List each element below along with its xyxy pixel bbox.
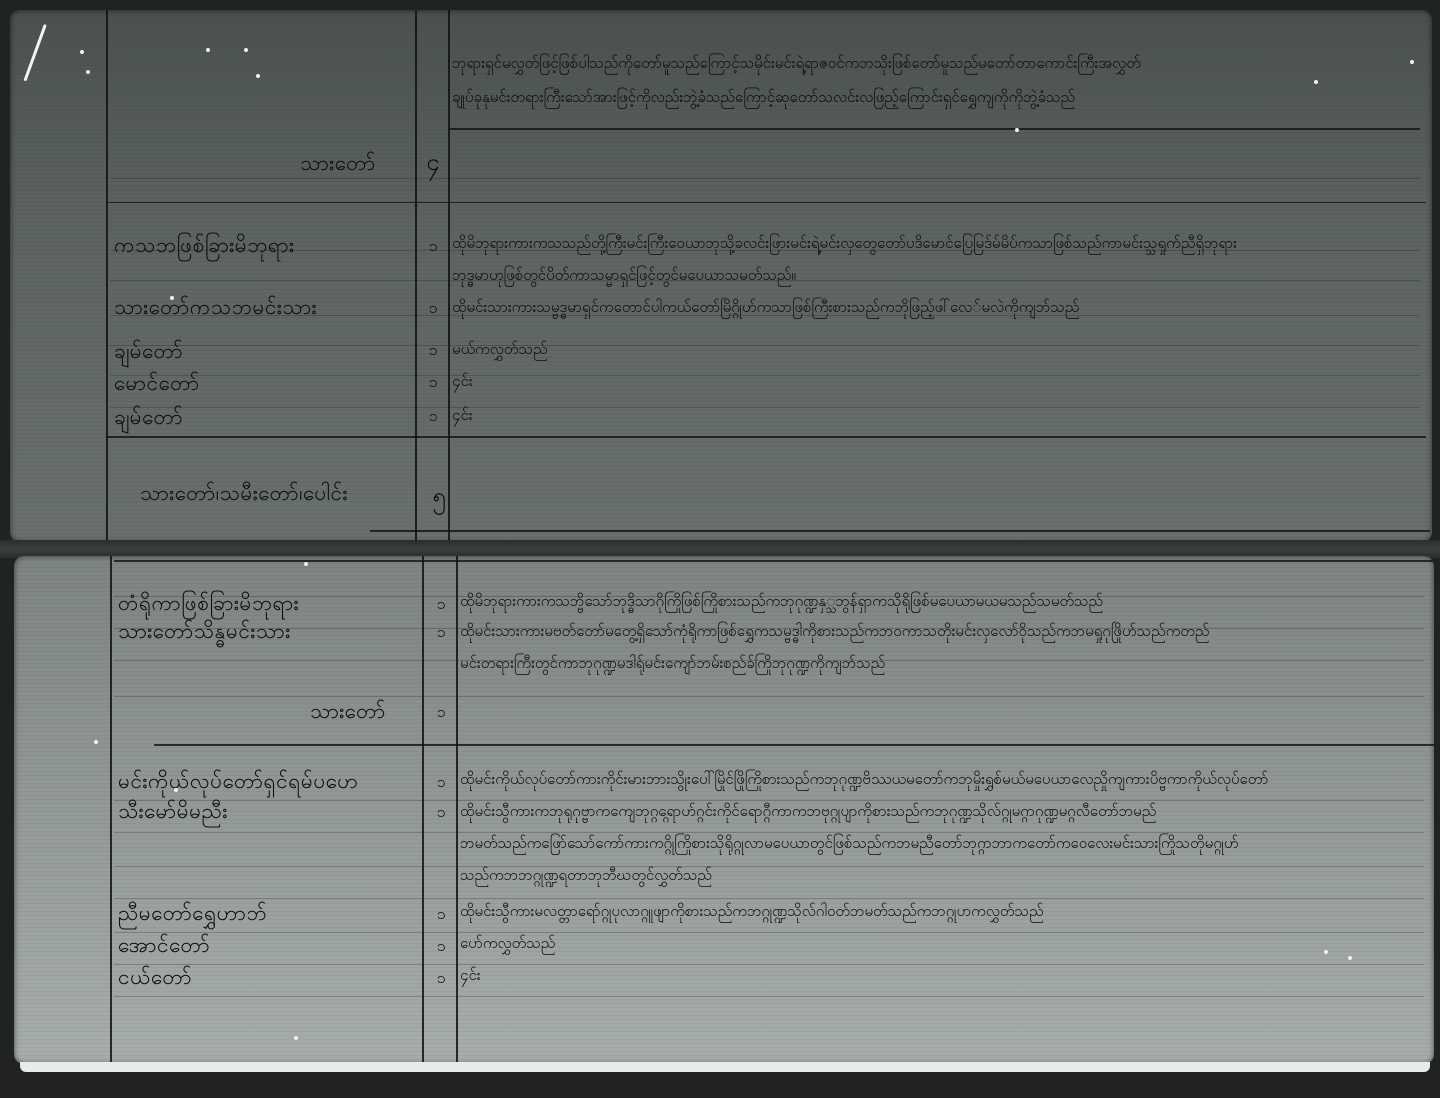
row-divider (370, 530, 1430, 532)
entry-label: ညီမတော်ရွှေဟာဘ် (118, 900, 267, 926)
entry-label: မောင်တော် (114, 370, 200, 396)
manuscript-leaf-bottom: တံရိုကာဖြစ်ခြားမိဘုရား ၁ ထိုမိဘုရားကားကသ… (14, 556, 1434, 1064)
entry-description: ထိုမင်းသွီကားမလတ္တာရော်ဂ္ဂုပုလာဂ္ဂူဖျာကိ… (460, 898, 1240, 924)
entry-count: ၁ (426, 772, 456, 792)
column-rule-count (415, 10, 417, 542)
entry-count: ၁ (418, 372, 448, 392)
section-count: ၄ (418, 152, 448, 172)
column-rule-count (422, 556, 424, 1064)
entry-description: မင်းတရားကြီးတွင်ကာဘုဂုဏ္ဍမဒါရ်ုမင်းကျော်… (460, 650, 1080, 676)
entry-description: ၄င်း (452, 368, 552, 394)
column-rule-left (106, 10, 108, 542)
entry-count: ၁ (426, 968, 456, 988)
entry-description: သည်ကဘဘဂ္ဂုဏ္ဍရတာဘုဘီဃတွင်လွှတ်သည် (460, 862, 760, 888)
entry-description: ထိုမိဘုရားကားကသသည်တို့ကြီးမင်းကြီးဝေယာဘု… (452, 230, 1412, 256)
entry-label: ချမ်တော် (114, 338, 183, 364)
entry-description: ထိုမိဘုရားကားကသဘ္ဗိသော်ဘုဒ္ဓိသာဂိုကြိုဖြ… (460, 588, 1320, 614)
entry-label: သီးမော်မိမညီး (118, 798, 228, 824)
leaf-bottom-edge (20, 1062, 1430, 1072)
intro-line: ချုပ်ခုနုမင်းတရားကြီးသော်အားဖြင့်ကိုလည်း… (452, 84, 1152, 110)
entry-description: ထိုမင်းသားကားသမ္ဗဒ္ဓမာရှင်ကတောင်ပါကယ်တော… (452, 294, 1312, 320)
entry-description: မယ်ကလွှတ်သည် (452, 336, 752, 362)
closing-heading: သားတော်၊သမီးတော်၊ပေါင်း (140, 480, 348, 506)
entry-label: တံရိုကာဖြစ်ခြားမိဘုရား (118, 590, 299, 616)
column-rule-left (110, 556, 112, 1064)
manuscript-photograph: ဘုရားရှင်မလွှတ်ဖြင့်ဖြစ်ပါသည်ကိုတော်မူသည… (0, 0, 1440, 1098)
row-divider (106, 436, 1426, 438)
entry-description: ၄င်း (452, 402, 552, 428)
entry-label: ကသဘဖြစ်ခြားမိဘုရား (114, 232, 294, 258)
row-divider (154, 744, 1434, 746)
entry-label: အောင်တော် (118, 932, 210, 958)
entry-description: ထိုမင်းသားကားမဗတ်တော်မတွေ့ရှိသော်ကုံရိုက… (460, 618, 1420, 644)
entry-count: ၁ (418, 406, 448, 426)
entry-label: ငယ်တော် (118, 964, 192, 990)
row-divider (450, 128, 1420, 130)
column-rule-text (448, 10, 450, 542)
entry-description: ဘုဒ္ဓမာဟုဖြစ်တွင်ပိတ်ကာသမ္မာရှင်ဖြင့်တွင… (452, 262, 892, 288)
entry-label: ချမ်တော် (114, 404, 183, 430)
row-divider (106, 202, 1426, 203)
row-divider (114, 560, 1434, 562)
manuscript-leaf-top: ဘုရားရှင်မလွှတ်ဖြင့်ဖြစ်ပါသည်ကိုတော်မူသည… (10, 10, 1432, 542)
entry-label: မင်းကိုယ်လုပ်တော်ရှင်ရမ်ပဟေ (118, 768, 358, 794)
section-count: ၁ (426, 702, 456, 722)
entry-label: သားတော်သိန္ဓမင်းသား (118, 618, 291, 644)
section-heading: သားတော် (300, 150, 376, 176)
intro-line: ဘုရားရှင်မလွှတ်ဖြင့်ဖြစ်ပါသည်ကိုတော်မူသည… (452, 50, 1412, 76)
column-rule-text (456, 556, 458, 1064)
entry-label: သားတော်ကသဘမင်းသား (114, 294, 317, 320)
entry-description: ၄င်း (460, 962, 560, 988)
entry-count: ၁ (418, 298, 448, 318)
entry-description: ဘမတ်သည်ကဖြော်သော်ကော်ကားကဂ္ဂိုကြိုစားသို… (460, 830, 1420, 856)
entry-count: ၁ (418, 340, 448, 360)
section-heading: သားတော် (310, 698, 386, 724)
entry-count: ၁ (426, 594, 456, 614)
entry-description: ထိုမင်းသွီကားကဘုရုဂုဗ္ဗာကကျေဘုဂ္ဂ္ဂရောဟ်… (460, 798, 1420, 824)
entry-count: ၁ (426, 802, 456, 822)
closing-count: ၅ (424, 486, 454, 506)
entry-count: ၁ (426, 622, 456, 642)
entry-description: ပော်ကလွှတ်သည် (460, 930, 660, 956)
entry-count: ၁ (426, 904, 456, 924)
entry-count: ၁ (426, 936, 456, 956)
entry-description: ထိုမင်းကိုယ်လုပ်တော်ကားကိုင်းမားဘားသွိုး… (460, 766, 1420, 792)
entry-count: ၁ (418, 236, 448, 256)
